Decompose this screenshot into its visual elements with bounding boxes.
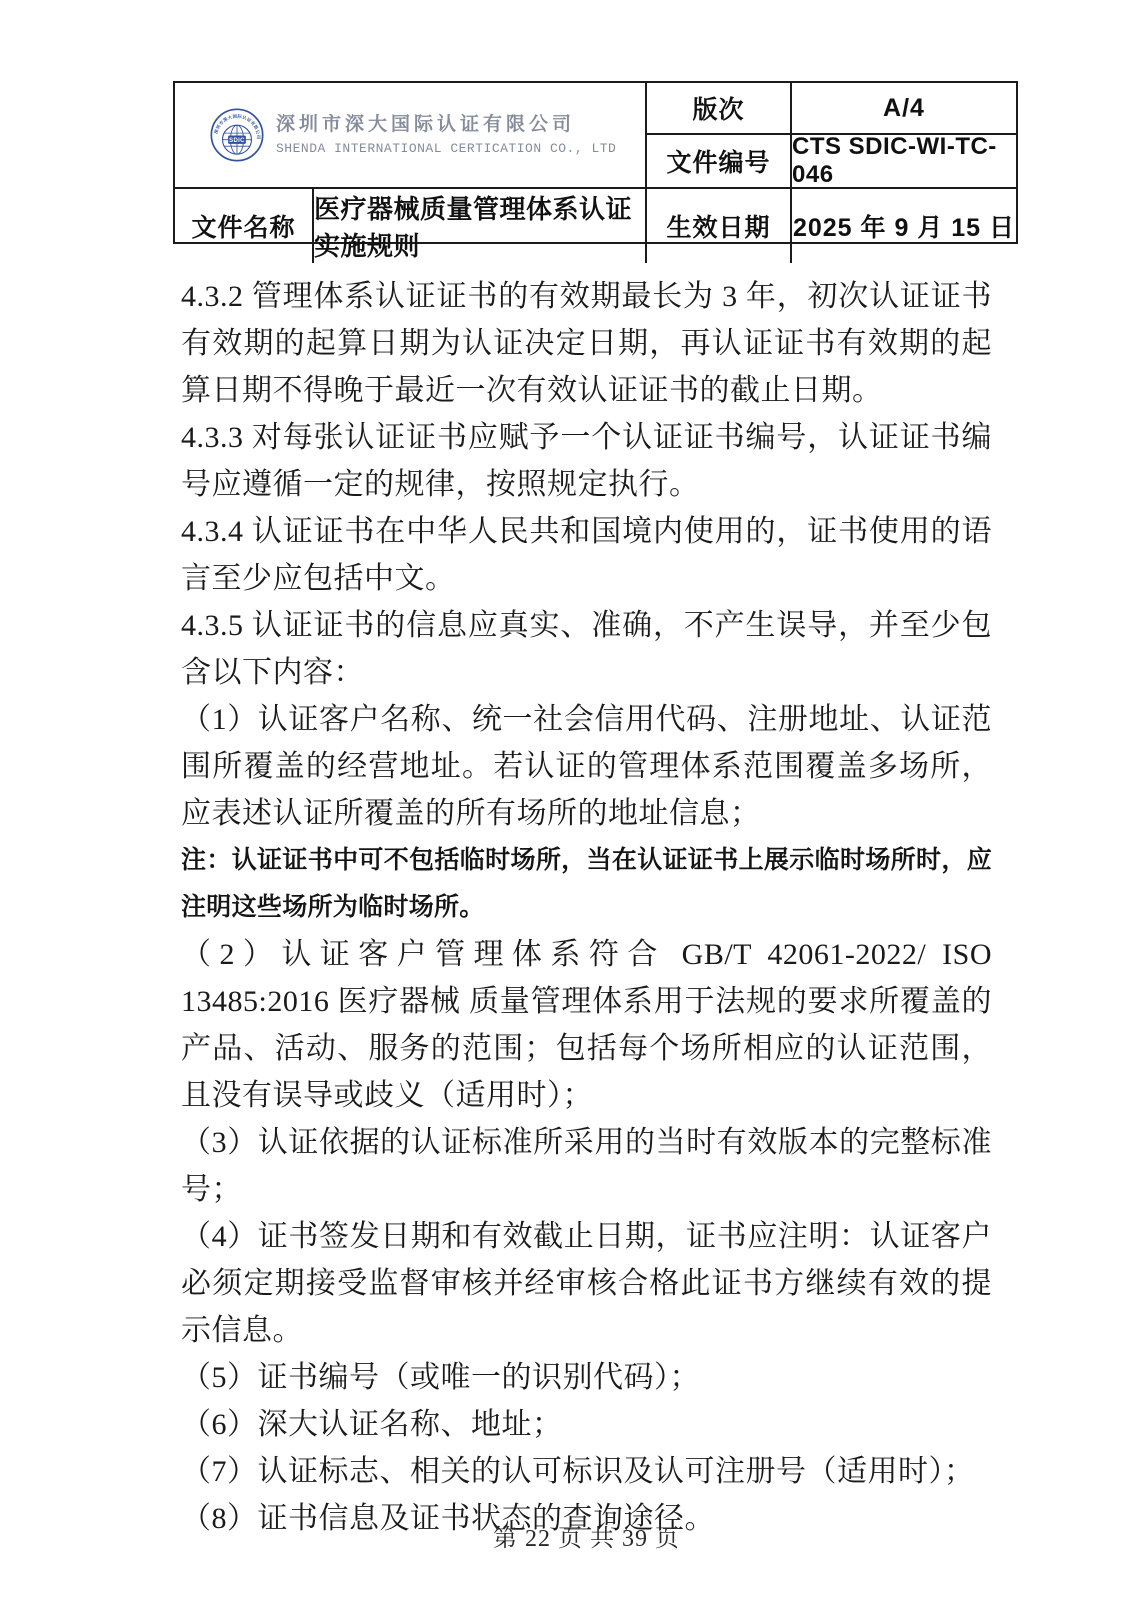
doc-number-value: CTS SDIC-WI-TC-046 bbox=[792, 135, 1016, 189]
doc-number-label: 文件编号 bbox=[647, 135, 792, 189]
company-name-cn: 深圳市深大国际认证有限公司 bbox=[276, 111, 616, 138]
company-logo-icon: 深圳市深大国际认证有限公司 SDIC bbox=[209, 107, 265, 163]
effective-date-label: 生效日期 bbox=[647, 189, 792, 263]
svg-text:SDIC: SDIC bbox=[229, 138, 245, 144]
document-page: 深圳市深大国际认证有限公司 SDIC 深圳市深大国际认证有限公司 SHENDA … bbox=[0, 0, 1131, 1600]
header-table: 深圳市深大国际认证有限公司 SDIC 深圳市深大国际认证有限公司 SHENDA … bbox=[173, 81, 1018, 244]
body-paragraph: （1）认证客户名称、统一社会信用代码、注册地址、认证范围所覆盖的经营地址。若认证… bbox=[181, 696, 992, 837]
body-paragraph: （2）认证客户管理体系符合 GB/T 42061-2022/ ISO 13485… bbox=[181, 931, 992, 1119]
doc-name-value: 医疗器械质量管理体系认证实施规则 bbox=[314, 189, 647, 263]
body-paragraph: 4.3.4 认证证书在中华人民共和国境内使用的，证书使用的语言至少应包括中文。 bbox=[181, 508, 992, 602]
body-paragraph: （3）认证依据的认证标准所采用的当时有效版本的完整标准号； bbox=[181, 1119, 992, 1213]
company-logo-cell: 深圳市深大国际认证有限公司 SDIC 深圳市深大国际认证有限公司 SHENDA … bbox=[175, 83, 647, 189]
version-value: A/4 bbox=[792, 83, 1016, 135]
version-label: 版次 bbox=[647, 83, 792, 135]
body-paragraph: 4.3.5 认证证书的信息应真实、准确，不产生误导，并至少包含以下内容： bbox=[181, 602, 992, 696]
body-paragraph: （7）认证标志、相关的认可标识及认可注册号（适用时）； bbox=[181, 1448, 992, 1495]
body-paragraph: （6）深大认证名称、地址； bbox=[181, 1401, 992, 1448]
page-number-footer: 第 22 页 共 39 页 bbox=[181, 1518, 992, 1553]
body-paragraph: 4.3.2 管理体系认证证书的有效期最长为 3 年，初次认证证书有效期的起算日期… bbox=[181, 273, 992, 414]
document-body: 4.3.2 管理体系认证证书的有效期最长为 3 年，初次认证证书有效期的起算日期… bbox=[181, 273, 992, 1542]
doc-name-label: 文件名称 bbox=[175, 189, 314, 263]
company-name-en: SHENDA INTERNATIONAL CERTICATION CO., LT… bbox=[276, 138, 616, 159]
body-paragraph: （5）证书编号（或唯一的识别代码）； bbox=[181, 1354, 992, 1401]
company-name-block: 深圳市深大国际认证有限公司 SHENDA INTERNATIONAL CERTI… bbox=[276, 111, 616, 159]
body-paragraph: 4.3.3 对每张认证证书应赋予一个认证证书编号，认证证书编号应遵循一定的规律，… bbox=[181, 414, 992, 508]
effective-date-value: 2025 年 9 月 15 日 bbox=[792, 189, 1016, 263]
note-paragraph: 注：认证证书中可不包括临时场所，当在认证证书上展示临时场所时，应注明这些场所为临… bbox=[181, 837, 992, 931]
body-paragraph: （4）证书签发日期和有效截止日期，证书应注明：认证客户必须定期接受监督审核并经审… bbox=[181, 1213, 992, 1354]
